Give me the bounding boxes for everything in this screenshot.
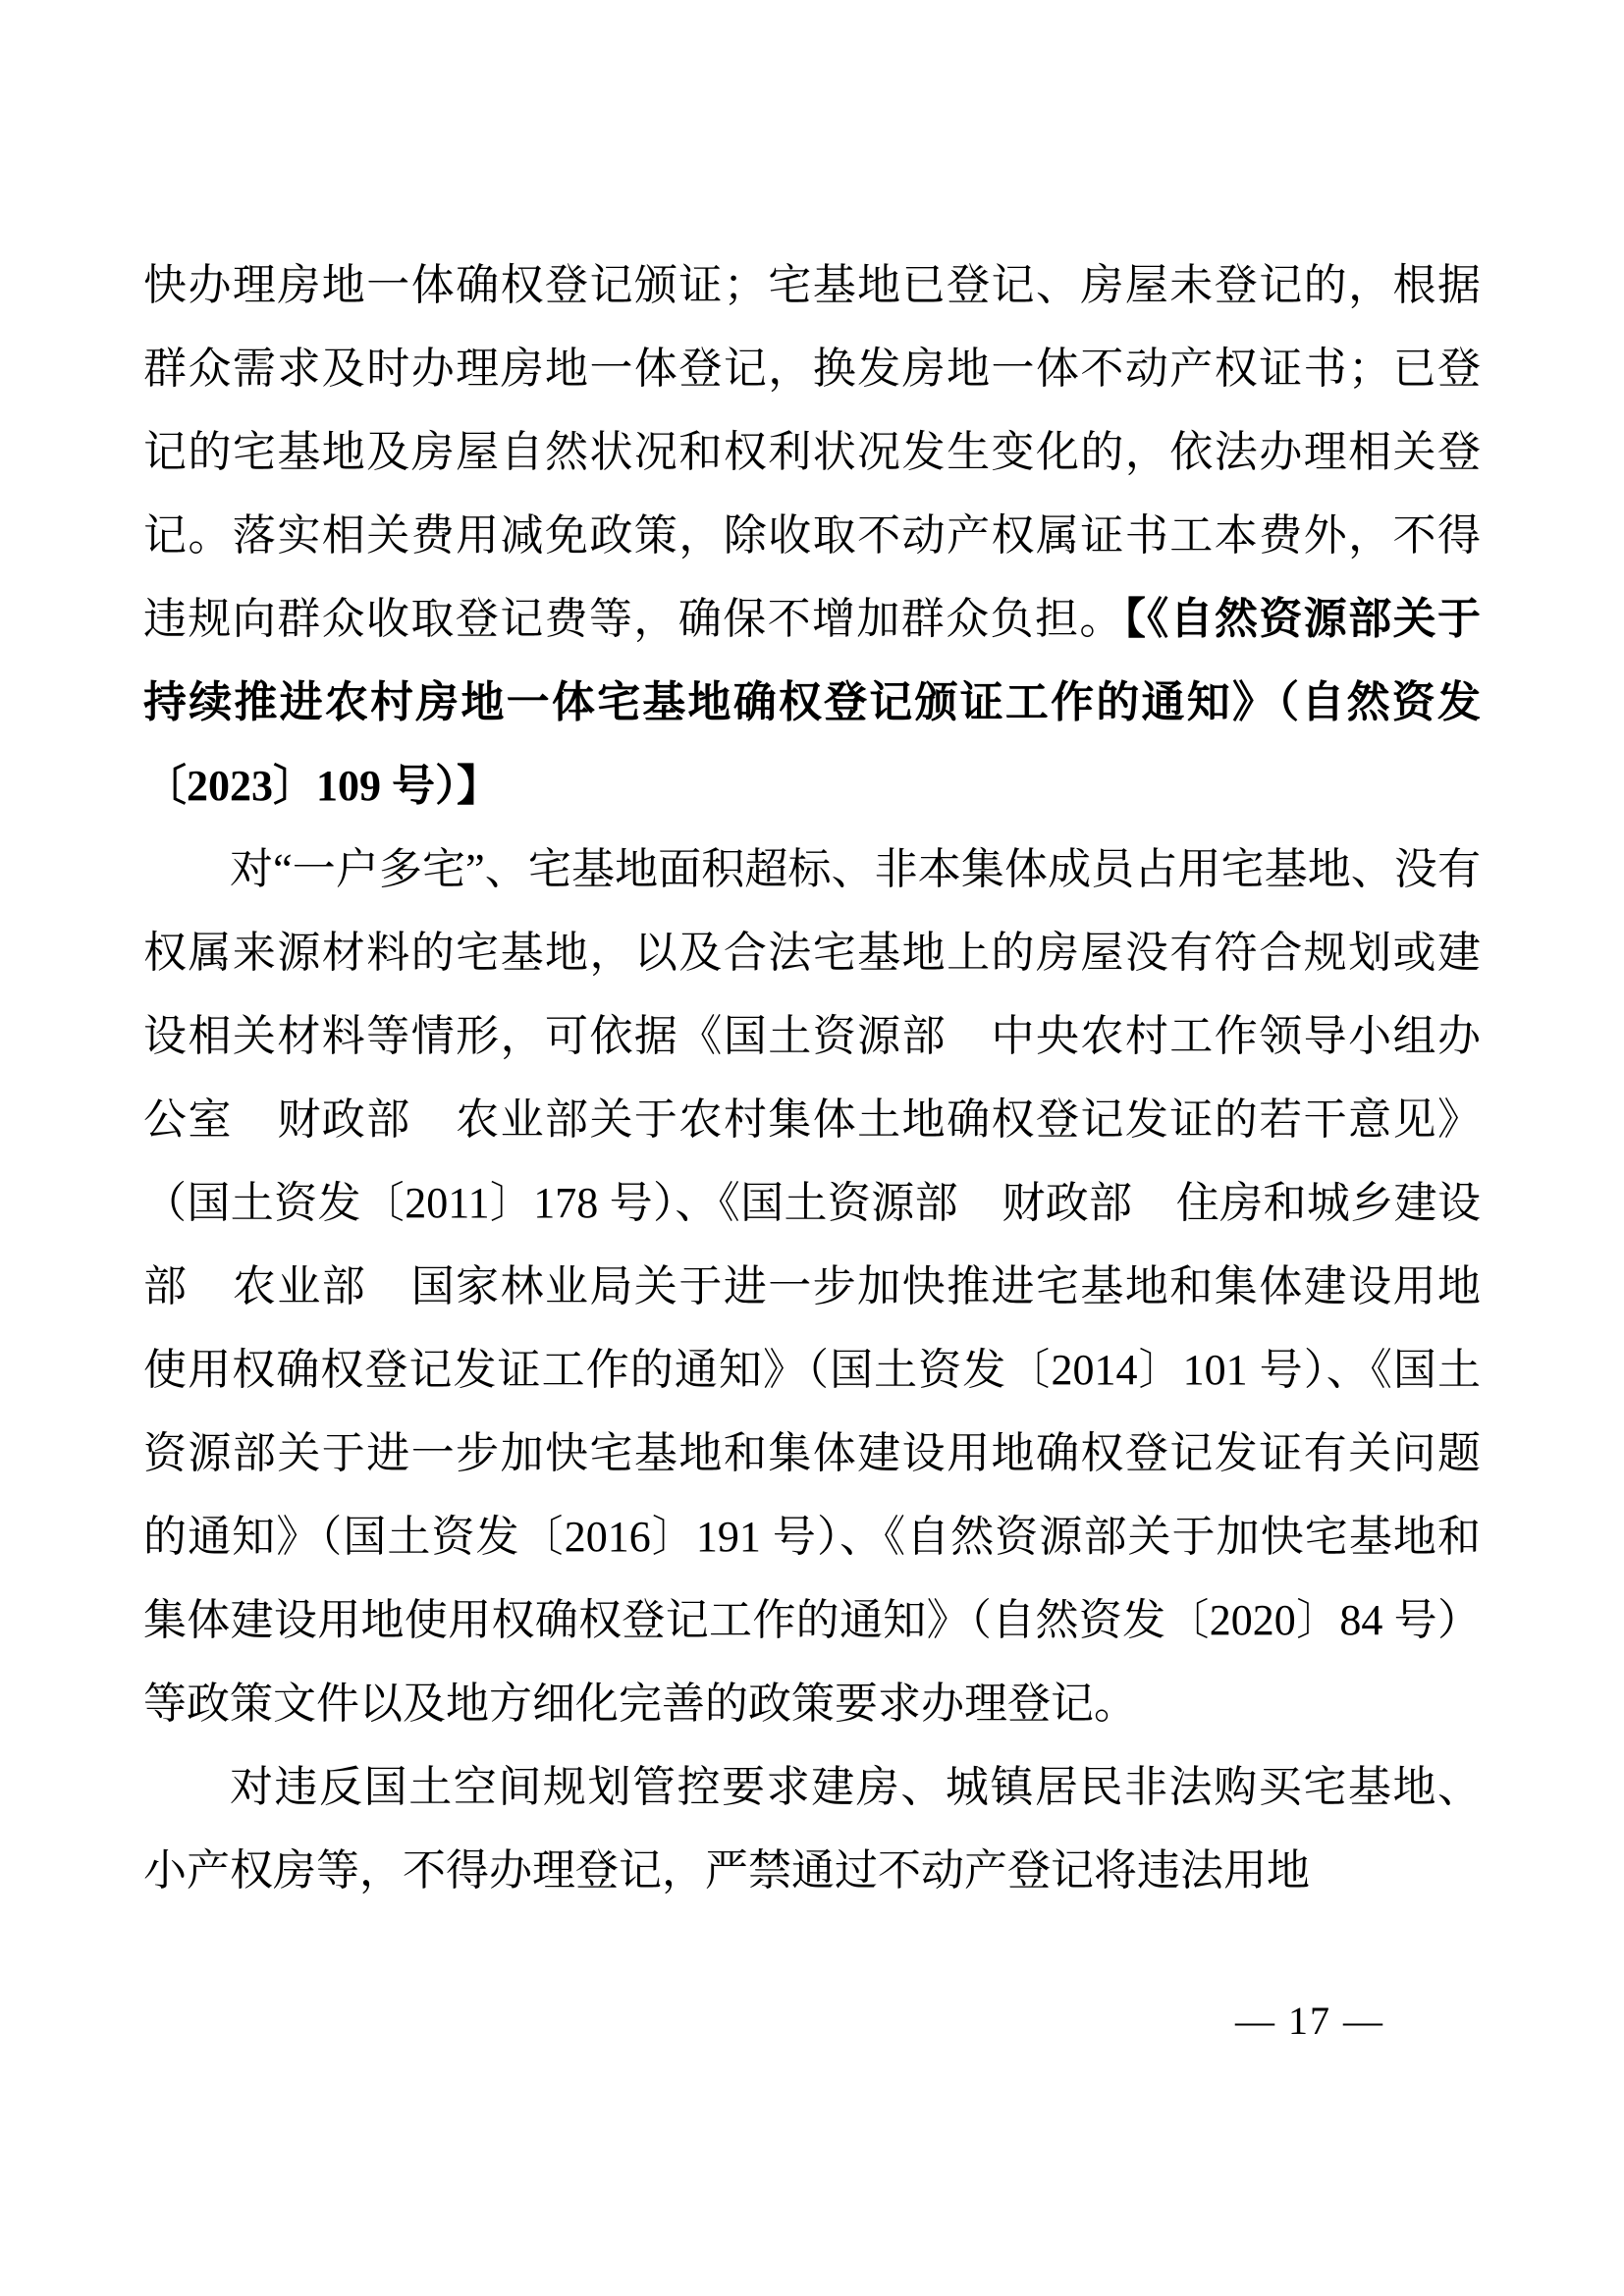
document-page: 快办理房地一体确权登记颁证；宅基地已登记、房屋未登记的，根据群众需求及时办理房地… [0, 0, 1624, 2296]
page-number: — 17 — [1235, 1998, 1384, 2045]
paragraph-prohibitions: 对违反国土空间规划管控要求建房、城镇居民非法购买宅基地、小产权房等，不得办理登记… [143, 1745, 1481, 1912]
paragraph-continuation: 快办理房地一体确权登记颁证；宅基地已登记、房屋未登记的，根据群众需求及时办理房地… [143, 243, 1481, 828]
paragraph-continuation-text: 快办理房地一体确权登记颁证；宅基地已登记、房屋未登记的，根据群众需求及时办理房地… [143, 261, 1481, 643]
paragraph-registration-basis: 对“一户多宅”、宅基地面积超标、非本集体成员占用宅基地、没有权属来源材料的宅基地… [143, 828, 1481, 1745]
document-body: 快办理房地一体确权登记颁证；宅基地已登记、房屋未登记的，根据群众需求及时办理房地… [143, 243, 1481, 1912]
